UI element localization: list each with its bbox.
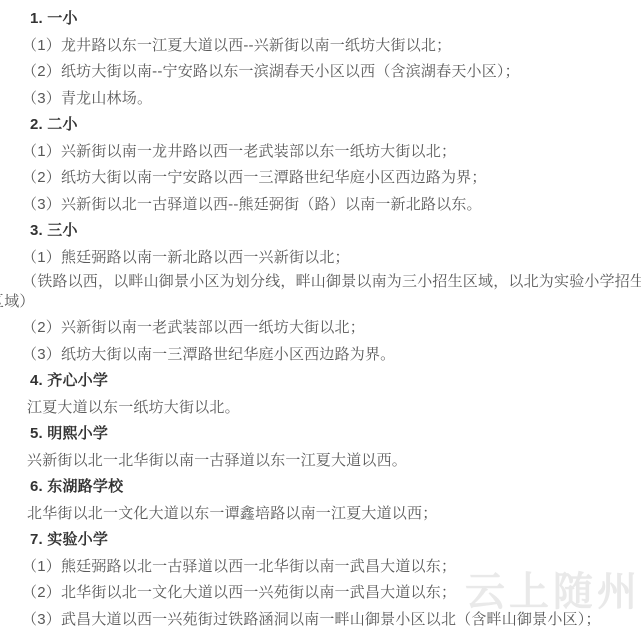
district-boundary-line: （2）兴新街以南一老武装部以西一纸坊大街以北；	[22, 315, 641, 342]
section-title: 5. 明熙小学	[30, 421, 641, 448]
district-boundary-line: （铁路以西，以畔山御景小区为划分线，畔山御景以南为三小招生区域，以北为实验小学招…	[22, 271, 641, 292]
district-boundary-line: （1）龙井路以东一江夏大道以西--兴新街以南一纸坊大街以北；	[22, 33, 641, 60]
section-title: 6. 东湖路学校	[30, 474, 641, 501]
district-boundary-line: （2）纸坊大街以南--宁安路以东一滨湖春天小区以西（含滨湖春天小区）；	[22, 59, 641, 86]
district-boundary-line: （1）熊廷弼路以南一新北路以西一兴新街以北；	[22, 245, 641, 272]
district-boundary-line: （1）熊廷弼路以北一古驿道以西一北华街以南一武昌大道以东；	[22, 554, 641, 581]
district-boundary-line: 区域）	[0, 292, 641, 315]
district-boundary-line: （1）兴新街以南一龙井路以西一老武装部以东一纸坊大街以北；	[22, 139, 641, 166]
section-title: 4. 齐心小学	[30, 368, 641, 395]
section-title: 1. 一小	[30, 6, 641, 33]
school-district-document: 1. 一小（1）龙井路以东一江夏大道以西--兴新街以南一纸坊大街以北；（2）纸坊…	[0, 0, 641, 626]
district-boundary-line: 北华街以北一文化大道以东一谭鑫培路以南一江夏大道以西；	[27, 501, 641, 528]
district-boundary-line: 兴新街以北一北华街以南一古驿道以东一江夏大道以西。	[27, 448, 641, 475]
district-boundary-line: （2）纸坊大街以南一宁安路以西一三潭路世纪华庭小区西边路为界；	[22, 165, 641, 192]
district-boundary-line: （3）青龙山林场。	[22, 86, 641, 113]
section-title: 7. 实验小学	[30, 527, 641, 554]
document-content: 1. 一小（1）龙井路以东一江夏大道以西--兴新街以南一纸坊大街以北；（2）纸坊…	[0, 6, 641, 626]
district-boundary-line: 江夏大道以东一纸坊大街以北。	[27, 395, 641, 422]
section-title: 2. 二小	[30, 112, 641, 139]
district-boundary-line: （3）兴新街以北一古驿道以西--熊廷弼街（路）以南一新北路以东。	[22, 192, 641, 219]
district-boundary-line: （3）纸坊大街以南一三潭路世纪华庭小区西边路为界。	[22, 342, 641, 369]
district-boundary-line: （2）北华街以北一文化大道以西一兴苑街以南一武昌大道以东；	[22, 580, 641, 607]
section-title: 3. 三小	[30, 218, 641, 245]
district-boundary-line: （3）武昌大道以西一兴苑街过铁路涵洞以南一畔山御景小区以北（含畔山御景小区）；	[22, 607, 641, 626]
